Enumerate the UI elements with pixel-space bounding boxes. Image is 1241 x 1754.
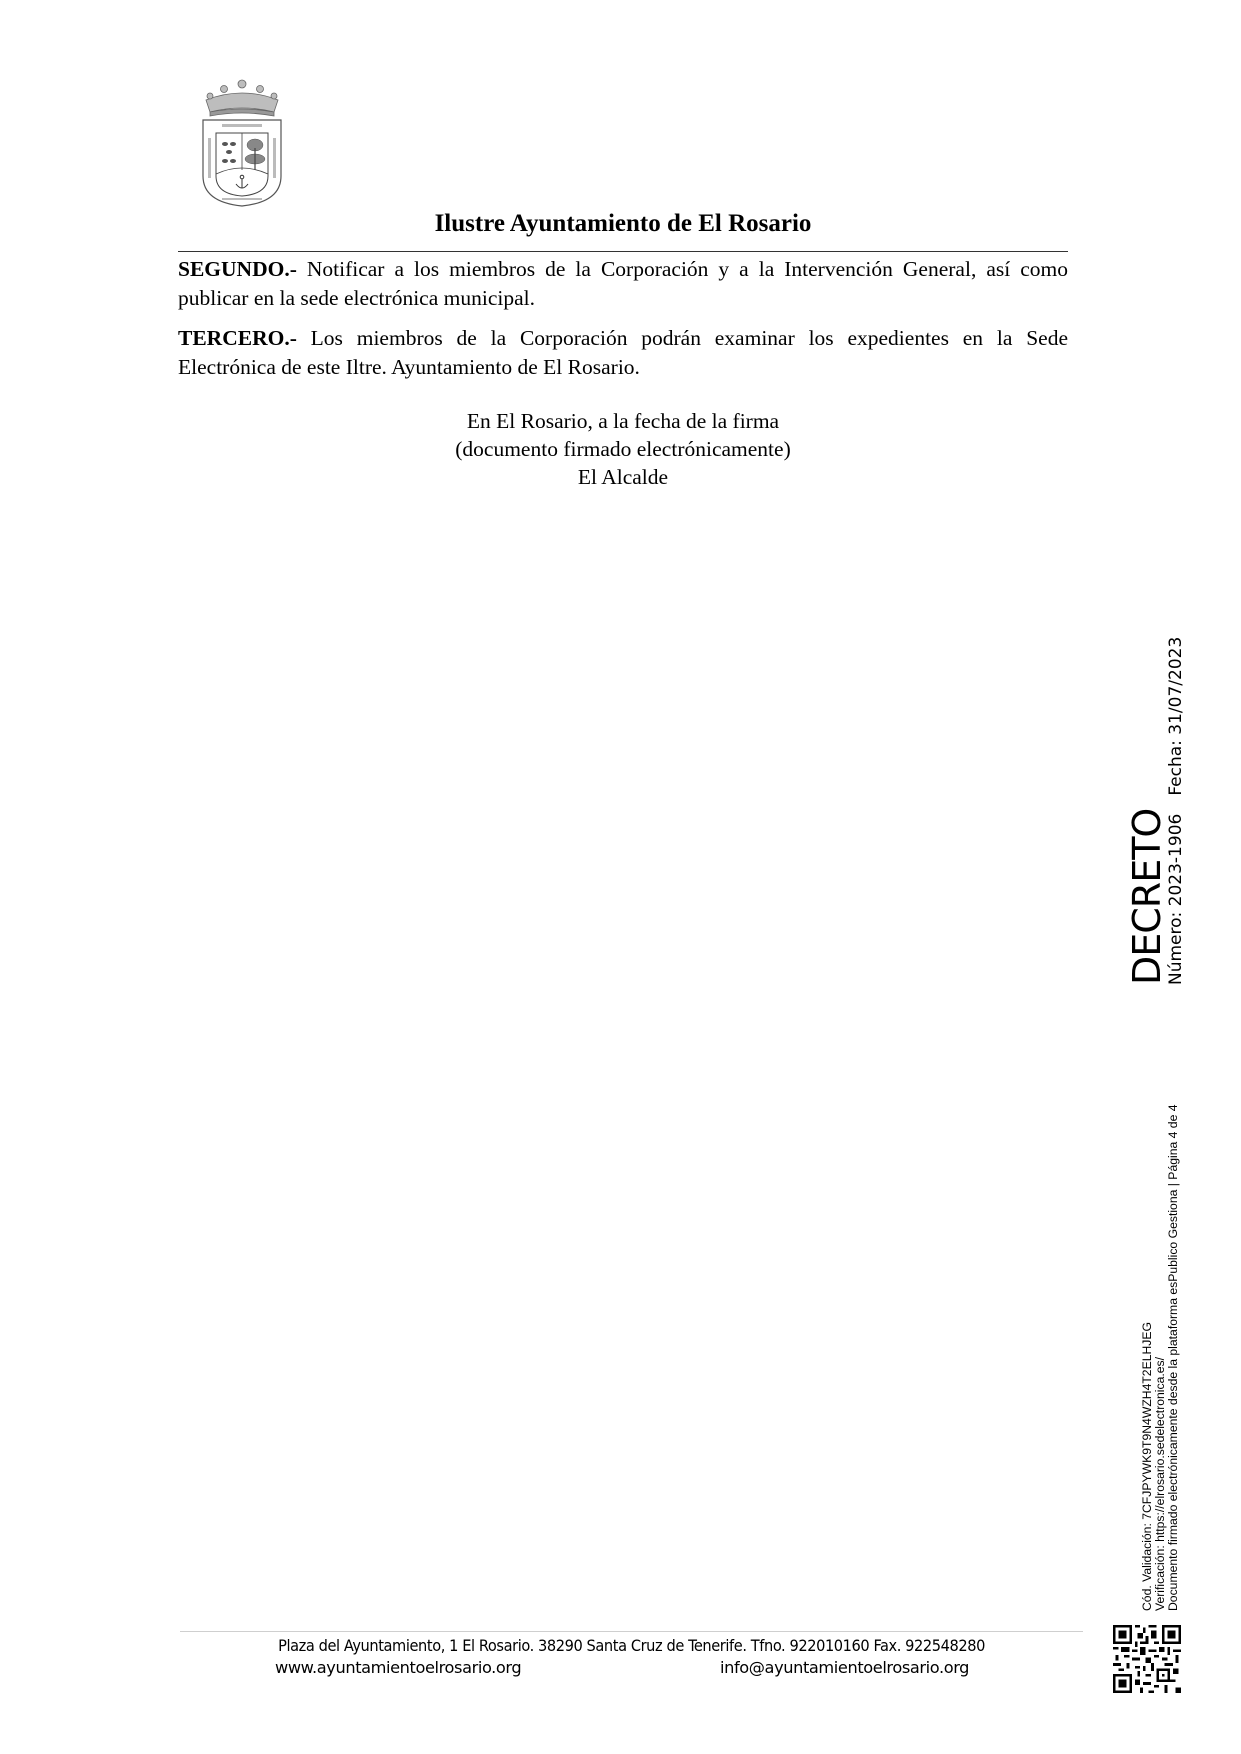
document-number-date: Número: 2023-1906Fecha: 31/07/2023 bbox=[1166, 637, 1186, 985]
footer-address: Plaza del Ayuntamiento, 1 El Rosario. 38… bbox=[180, 1636, 1083, 1655]
coat-of-arms-icon bbox=[200, 78, 284, 208]
signature-place-date: En El Rosario, a la fecha de la firma bbox=[178, 407, 1068, 435]
footer-divider bbox=[180, 1631, 1083, 1632]
signature-role: El Alcalde bbox=[178, 463, 1068, 491]
paragraph-label: TERCERO.- bbox=[178, 326, 297, 350]
paragraph-label: SEGUNDO.- bbox=[178, 257, 297, 281]
verification-block: Cód. Validación: 7CFJPYWK9T9N4WZH4T2ELHJ… bbox=[1141, 1104, 1181, 1611]
document-type-stamp: DECRETO bbox=[1127, 809, 1167, 985]
signature-block: En El Rosario, a la fecha de la firma (d… bbox=[178, 407, 1068, 491]
paragraph-segundo: SEGUNDO.- Notificar a los miembros de la… bbox=[178, 255, 1068, 313]
signature-electronic-note: (documento firmado electrónicamente) bbox=[178, 435, 1068, 463]
header-divider bbox=[178, 251, 1068, 252]
paragraph-tercero: TERCERO.- Los miembros de la Corporación… bbox=[178, 324, 1068, 382]
qr-code-icon[interactable] bbox=[1113, 1625, 1181, 1693]
document-date: Fecha: 31/07/2023 bbox=[1166, 637, 1186, 796]
footer-email-link[interactable]: info@ayuntamientoelrosario.org bbox=[720, 1658, 969, 1677]
document-number: Número: 2023-1906 bbox=[1166, 814, 1186, 985]
paragraph-text: Notificar a los miembros de la Corporaci… bbox=[178, 257, 1068, 310]
platform-page-info: Documento firmado electrónicamente desde… bbox=[1167, 1104, 1180, 1611]
footer-website-link[interactable]: www.ayuntamientoelrosario.org bbox=[275, 1658, 521, 1677]
organization-title: Ilustre Ayuntamiento de El Rosario bbox=[178, 210, 1068, 238]
paragraph-text: Los miembros de la Corporación podrán ex… bbox=[178, 326, 1068, 379]
